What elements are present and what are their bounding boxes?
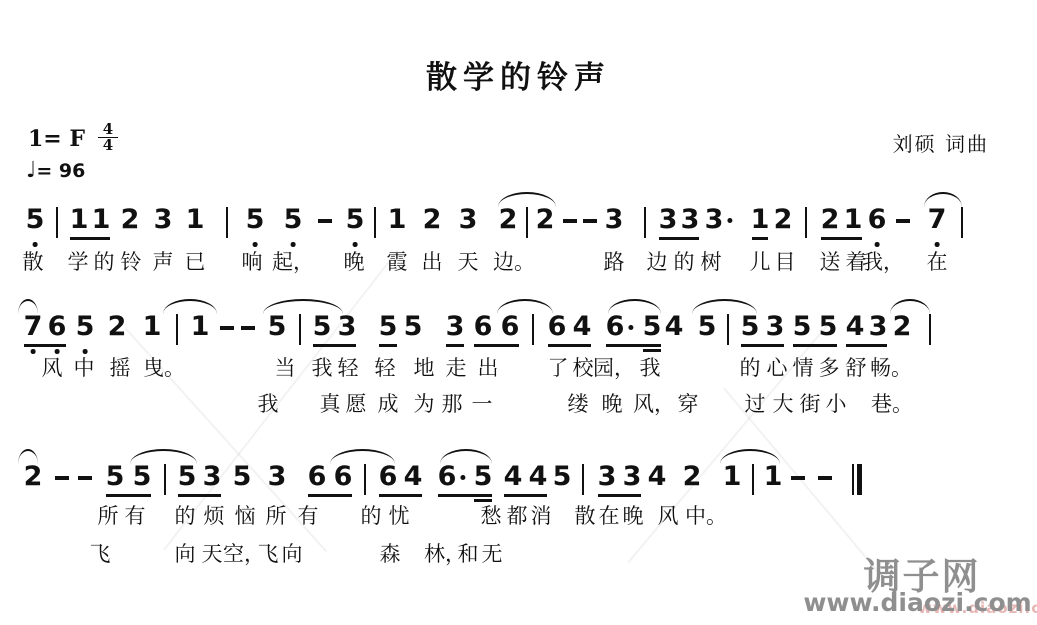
lyric-char: 多: [819, 352, 840, 382]
lyric-char: 愁: [481, 500, 502, 530]
note-digit: 1: [92, 205, 111, 235]
note-digit: 3: [659, 205, 678, 235]
note-digit: 3: [459, 205, 478, 235]
beam-underline: [379, 494, 422, 497]
octave-dot: [83, 349, 88, 354]
lyric-char: 有: [125, 500, 146, 530]
duration-dash: [220, 326, 234, 330]
barline: [56, 207, 58, 238]
tie-arc: [18, 299, 38, 314]
note-digit: 4: [573, 312, 592, 342]
lyric-char: 起，: [272, 246, 314, 276]
tie-arc: [497, 299, 553, 314]
note-digit: 1: [723, 462, 742, 492]
beam-underline: [606, 344, 661, 347]
lyric-char: 声: [153, 246, 174, 276]
note-digit: 2: [423, 205, 442, 235]
note-digit: 6: [606, 312, 625, 342]
lyric-char: 学: [68, 246, 89, 276]
lyric-char-verse2: 无: [482, 538, 503, 568]
note-digit: 5: [793, 312, 812, 342]
note-digit: 4: [529, 462, 548, 492]
note-digit: 2: [893, 312, 912, 342]
duration-dash: [818, 476, 832, 480]
beam-underline: [474, 499, 492, 502]
note-digit: 5: [268, 312, 287, 342]
note-digit: 6: [868, 205, 887, 235]
octave-dot: [55, 349, 60, 354]
note-digit: 6: [474, 312, 493, 342]
barline: [374, 207, 376, 238]
lyric-char: 轻: [375, 352, 396, 382]
key-label: 1= F: [28, 126, 85, 152]
note-digit: 6: [379, 462, 398, 492]
lyric-char: 晚: [623, 500, 644, 530]
background-watermark-stroke: [163, 250, 399, 551]
octave-dot: [935, 242, 940, 247]
augmentation-dot: [460, 475, 465, 480]
note-digit: 3: [869, 312, 888, 342]
barline: [582, 464, 584, 495]
lyric-char: 都: [507, 500, 528, 530]
note-digit: 5: [284, 205, 303, 235]
barline: [727, 314, 729, 345]
lyric-char: 着: [846, 246, 867, 276]
note-digit: 6: [334, 462, 353, 492]
barline: [176, 314, 178, 345]
beam-underline: [504, 494, 547, 497]
beam-underline: [643, 349, 661, 352]
time-signature-numerator: 4: [98, 122, 118, 137]
tempo-value: = 96: [36, 160, 85, 182]
lyric-char-verse2: 向: [175, 538, 196, 568]
note-digit: 6: [548, 312, 567, 342]
note-digit: 4: [648, 462, 667, 492]
lyric-char-verse2: 真: [320, 388, 341, 418]
tie-arc: [720, 449, 780, 464]
lyric-char-verse2: 森: [380, 538, 401, 568]
lyric-char: 散: [575, 500, 596, 530]
lyric-char: 忧: [389, 500, 410, 530]
tie-arc: [608, 299, 661, 314]
lyric-char: 风: [42, 352, 63, 382]
note-digit: 2: [499, 205, 518, 235]
note-digit: 5: [698, 312, 717, 342]
beam-underline: [821, 237, 862, 240]
tie-arc: [440, 449, 492, 464]
lyric-char-verse2: 成: [378, 388, 399, 418]
watermark-site-url: www.diaozi.com: [800, 588, 1035, 617]
lyric-char-verse2: 向: [282, 538, 303, 568]
lyric-char: 铃: [121, 246, 142, 276]
note-digit: 3: [681, 205, 700, 235]
tempo-marking: ♩= 96: [26, 158, 85, 183]
beam-underline: [741, 344, 784, 347]
lyric-char-verse2: 晚: [602, 388, 623, 418]
lyric-char: 的: [674, 246, 695, 276]
lyric-char-verse2: 街: [800, 388, 821, 418]
duration-dash: [78, 476, 92, 480]
barline: [164, 464, 166, 495]
beam-underline: [659, 237, 699, 240]
barline: [364, 464, 366, 495]
time-signature: 4 4: [98, 122, 118, 153]
note-digit: 2: [24, 462, 43, 492]
barline: [929, 314, 931, 345]
background-watermark-stroke: [125, 328, 327, 552]
duration-dash: [583, 219, 597, 223]
duration-dash: [241, 326, 255, 330]
tie-arc: [263, 299, 343, 314]
duration-dash: [896, 219, 910, 223]
beam-underline: [308, 494, 352, 497]
octave-dot: [875, 242, 880, 247]
lyric-char-verse2: 小: [826, 388, 847, 418]
lyric-char-verse2: 空，: [223, 538, 265, 568]
lyric-char: 出: [478, 352, 499, 382]
barline: [532, 314, 534, 345]
duration-dash: [55, 476, 69, 480]
lyric-char: 校: [573, 352, 594, 382]
note-digit: 2: [121, 205, 140, 235]
beam-underline: [793, 344, 837, 347]
lyric-char-verse2: 那: [442, 388, 463, 418]
note-digit: 3: [766, 312, 785, 342]
lyric-char: 出: [422, 246, 443, 276]
lyric-char-verse2: 飞: [258, 538, 279, 568]
beam-underline: [846, 344, 887, 347]
barline: [226, 207, 228, 238]
lyric-char: 的: [94, 246, 115, 276]
lyric-char-verse2: 天: [202, 538, 223, 568]
lyric-char: 天: [458, 246, 479, 276]
duration-dash: [318, 219, 332, 223]
lyric-char-verse2: 穿: [678, 388, 699, 418]
note-digit: 6: [501, 312, 520, 342]
note-digit: 4: [504, 462, 523, 492]
barline: [299, 314, 301, 345]
lyric-char-verse2: 为: [414, 388, 435, 418]
lyric-char: 中。: [685, 500, 727, 530]
lyric-char: 消: [531, 500, 552, 530]
beam-underline: [24, 344, 66, 347]
lyric-char: 摇: [110, 352, 131, 382]
lyric-char-verse2: 大: [773, 388, 794, 418]
lyric-char: 儿: [750, 246, 771, 276]
augmentation-dot: [727, 218, 732, 223]
note-digit: 5: [106, 462, 125, 492]
lyric-char-verse2: 一: [472, 388, 493, 418]
note-digit: 3: [446, 312, 465, 342]
note-digit: 2: [774, 205, 793, 235]
note-digit: 4: [846, 312, 865, 342]
beam-underline: [70, 237, 110, 240]
lyric-char: 我，: [862, 246, 904, 276]
note-digit: 5: [26, 205, 45, 235]
tie-arc: [924, 192, 962, 207]
note-digit: 1: [764, 462, 783, 492]
barline: [961, 207, 963, 238]
lyric-char: 中: [74, 352, 95, 382]
note-digit: 3: [605, 205, 624, 235]
tie-arc: [130, 449, 197, 464]
lyric-char-verse2: 缕: [568, 388, 589, 418]
note-digit: 3: [598, 462, 617, 492]
lyric-char: 当: [275, 352, 296, 382]
lyric-char: 恼: [235, 500, 256, 530]
tie-arc: [163, 299, 217, 314]
lyric-char: 舒: [846, 352, 867, 382]
tie-arc: [498, 192, 556, 207]
note-digit: 5: [404, 312, 423, 342]
note-digit: 5: [819, 312, 838, 342]
beam-underline: [548, 344, 591, 347]
background-watermark-stroke: [723, 387, 879, 572]
beam-underline: [106, 494, 151, 497]
note-digit: 2: [108, 312, 127, 342]
note-digit: 1: [186, 205, 205, 235]
lyric-char-verse2: 飞: [90, 538, 111, 568]
barline: [644, 207, 646, 238]
note-digit: 6: [438, 462, 457, 492]
lyric-char: 所: [98, 500, 119, 530]
barline: [805, 207, 807, 238]
lyric-char: 了: [548, 352, 569, 382]
lyric-char: 情: [793, 352, 814, 382]
note-digit: 6: [48, 312, 67, 342]
note-digit: 2: [536, 205, 555, 235]
beam-underline: [313, 344, 356, 347]
lyric-char-verse2: 巷。: [871, 388, 913, 418]
beam-underline: [446, 344, 464, 347]
beam-underline: [598, 494, 641, 497]
quarter-note-icon: ♩: [26, 158, 36, 183]
page-title: 散学的铃声: [0, 52, 1037, 97]
beam-underline: [474, 344, 519, 347]
barline: [752, 464, 754, 495]
beam-underline: [752, 237, 768, 240]
lyric-char: 已: [185, 246, 206, 276]
note-digit: 5: [474, 462, 493, 492]
octave-dot: [253, 242, 258, 247]
octave-dot: [291, 242, 296, 247]
lyric-char: 我: [640, 352, 661, 382]
note-digit: 1: [844, 205, 863, 235]
note-digit: 5: [553, 462, 572, 492]
lyric-char: 的: [361, 500, 382, 530]
octave-dot: [353, 242, 358, 247]
note-digit: 2: [821, 205, 840, 235]
tie-arc: [330, 449, 395, 464]
note-digit: 1: [70, 205, 89, 235]
tie-arc: [18, 449, 38, 464]
lyric-char: 树: [701, 246, 722, 276]
octave-dot: [33, 242, 38, 247]
note-digit: 6: [308, 462, 327, 492]
beam-underline: [178, 494, 221, 497]
lyric-char: 畅。: [870, 352, 912, 382]
note-digit: 5: [643, 312, 662, 342]
note-digit: 4: [665, 312, 684, 342]
duration-dash: [563, 219, 577, 223]
octave-dot: [31, 349, 36, 354]
lyric-char: 烦: [204, 500, 225, 530]
augmentation-dot: [628, 325, 633, 330]
lyric-char: 响: [242, 246, 263, 276]
note-digit: 3: [705, 205, 724, 235]
lyric-char: 地: [414, 352, 435, 382]
note-digit: 1: [388, 205, 407, 235]
lyric-char: 路: [604, 246, 625, 276]
lyric-char: 在: [599, 500, 620, 530]
barline: [526, 207, 528, 238]
tie-arc: [692, 299, 757, 314]
lyric-char-verse2: 和: [458, 538, 479, 568]
note-digit: 1: [143, 312, 162, 342]
note-digit: 3: [154, 205, 173, 235]
note-digit: 3: [623, 462, 642, 492]
lyric-char: 晚: [344, 246, 365, 276]
note-digit: 5: [76, 312, 95, 342]
sheet-music-page: 散学的铃声 刘硕 词曲 1= F 4 4 ♩= 96 5112315551232…: [0, 0, 1037, 625]
note-digit: 5: [133, 462, 152, 492]
note-digit: 4: [404, 462, 423, 492]
lyric-char-verse2: 林，: [424, 538, 466, 568]
background-watermark-stroke: [627, 317, 834, 563]
note-digit: 5: [178, 462, 197, 492]
note-digit: 7: [928, 205, 947, 235]
lyric-char-verse2: 风，: [633, 388, 675, 418]
note-digit: 7: [24, 312, 43, 342]
note-digit: 5: [246, 205, 265, 235]
lyric-char: 散: [23, 246, 44, 276]
composer-credit: 刘硕 词曲: [893, 128, 989, 157]
beam-underline: [379, 344, 397, 347]
note-digit: 1: [191, 312, 210, 342]
final-barline: [852, 464, 862, 495]
note-digit: 5: [741, 312, 760, 342]
lyric-char-verse2: 愿: [346, 388, 367, 418]
lyric-char: 边。: [493, 246, 535, 276]
note-digit: 5: [346, 205, 365, 235]
lyric-char: 的: [740, 352, 761, 382]
lyric-char: 边: [647, 246, 668, 276]
lyric-char: 轻: [338, 352, 359, 382]
note-digit: 5: [379, 312, 398, 342]
lyric-char: 走: [446, 352, 467, 382]
lyric-char: 目: [775, 246, 796, 276]
beam-underline: [438, 494, 492, 497]
lyric-char: 送: [820, 246, 841, 276]
lyric-char: 园，: [593, 352, 635, 382]
tie-arc: [890, 299, 930, 314]
note-digit: 1: [751, 205, 770, 235]
time-signature-denominator: 4: [98, 137, 118, 153]
lyric-char: 在: [927, 246, 948, 276]
